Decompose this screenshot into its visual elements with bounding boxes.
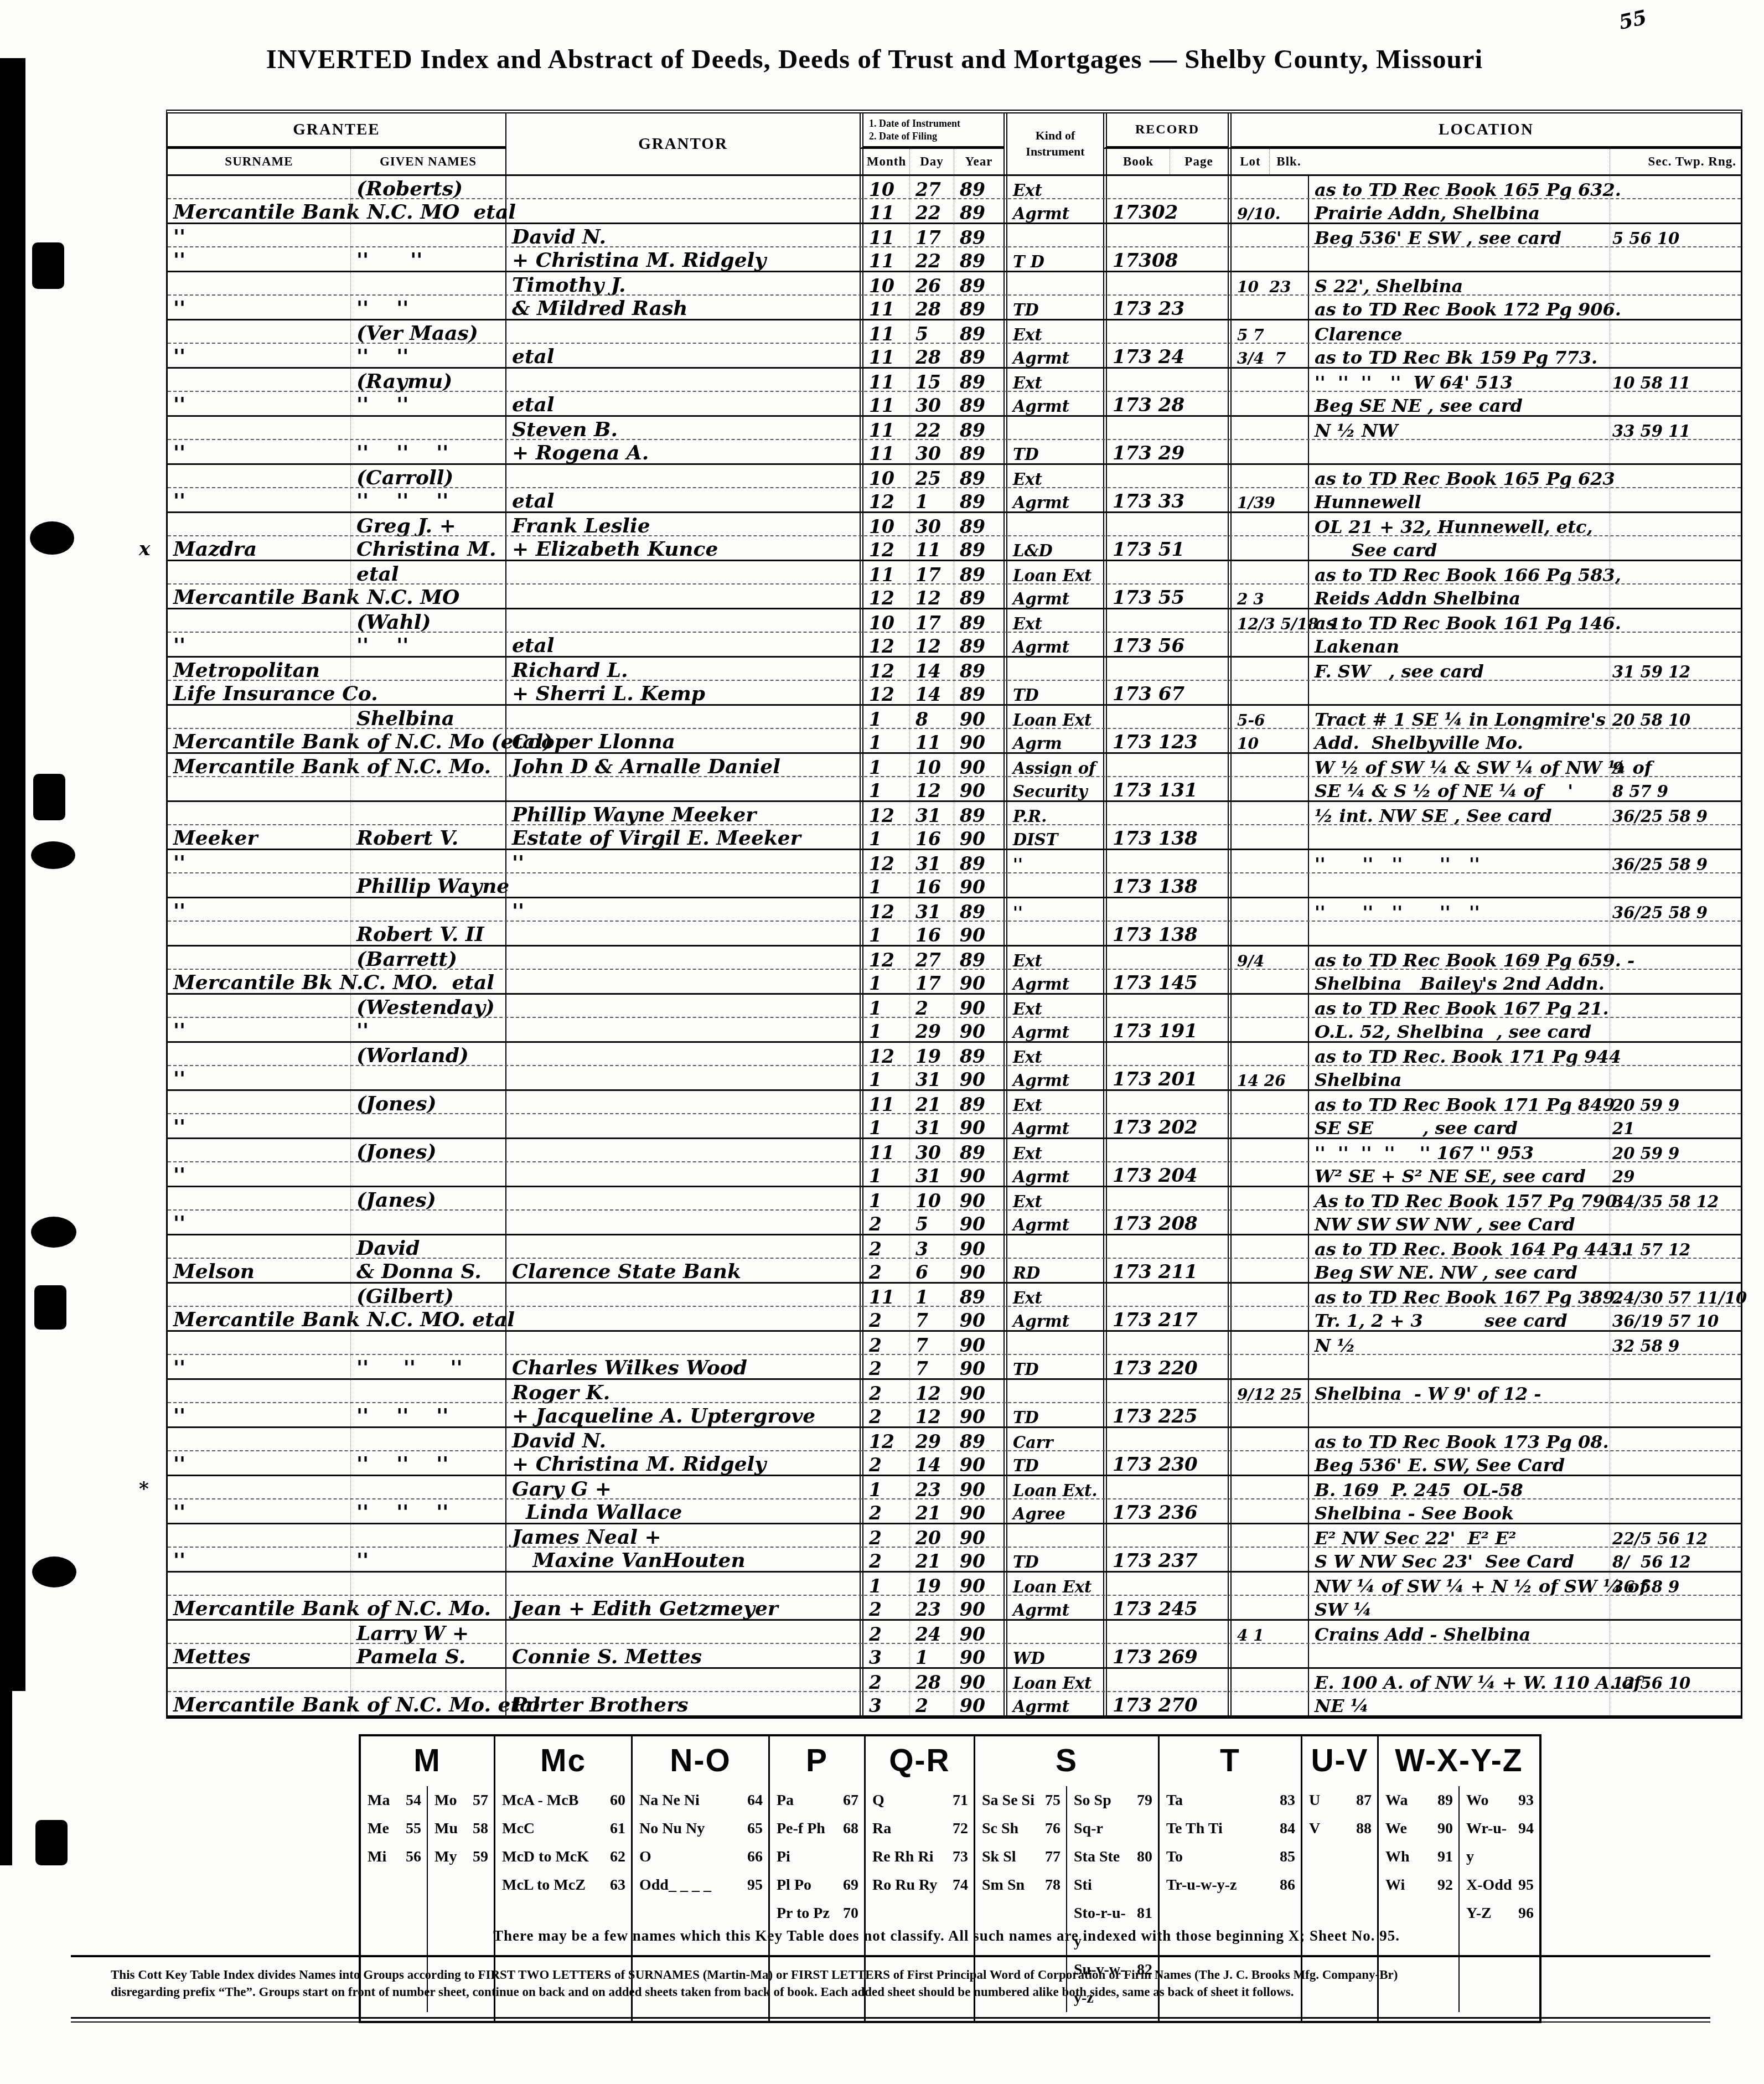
hole-punch-mark bbox=[35, 1820, 68, 1865]
entry-line: '''' ''etal113089Agrmt173 28Beg SE NE , … bbox=[168, 392, 1741, 415]
day-cell: 22 bbox=[909, 247, 954, 271]
month-cell: 11 bbox=[860, 369, 909, 392]
day-cell: 14 bbox=[909, 681, 954, 704]
key-column-header: W-X-Y-Z bbox=[1379, 1736, 1539, 1785]
location-cell: B. 169 P. 245 OL-58 bbox=[1308, 1476, 1610, 1499]
surname-cell: Mercantile Bk N.C. MO. etal bbox=[168, 970, 350, 993]
key-item-number: 87 bbox=[1356, 1786, 1372, 1814]
ledger-entry: (Roberts)102789Extas to TD Rec Book 165 … bbox=[168, 176, 1741, 224]
kind-cell: Agrmt bbox=[1003, 488, 1103, 511]
page-number: 55 bbox=[1617, 7, 1648, 33]
grantor-cell bbox=[505, 561, 860, 585]
location-cell: W ½ of SW ¼ & SW ¼ of NW ¼ of bbox=[1308, 754, 1610, 777]
kind-cell bbox=[1003, 873, 1103, 897]
year-cell: 90 bbox=[954, 1548, 1003, 1571]
lot-blk-cell bbox=[1228, 247, 1308, 271]
key-item: Te Th Ti84 bbox=[1160, 1814, 1301, 1843]
month-cell: 1 bbox=[860, 1114, 909, 1137]
lot-blk-cell bbox=[1228, 1499, 1308, 1523]
entry-line: (Carroll)102589Extas to TD Rec Book 165 … bbox=[168, 465, 1741, 488]
key-item: Sc Sh76 bbox=[975, 1814, 1066, 1843]
record-cell bbox=[1103, 1332, 1228, 1355]
key-item-number: 93 bbox=[1518, 1786, 1534, 1814]
location-cell: as to TD Rec Book 165 Pg 632. bbox=[1308, 176, 1610, 199]
location-cell: Tract # 1 SE ¼ in Longmire's bbox=[1308, 706, 1610, 729]
entry-line: '''' ''etal112889Agrmt173 243/4 7as to T… bbox=[168, 344, 1741, 367]
given-names-cell bbox=[350, 777, 505, 800]
entry-line: ''David N.111789Beg 536' E SW , see card… bbox=[168, 224, 1741, 247]
key-item: Me55 bbox=[361, 1814, 427, 1843]
grantor-cell bbox=[505, 1211, 860, 1234]
record-cell: 173 131 bbox=[1103, 777, 1228, 800]
lot-blk-cell: 14 26 bbox=[1228, 1066, 1308, 1089]
sec-twp-rng-cell: 36/25 58 9 bbox=[1610, 802, 1741, 825]
entry-line: '''' '' ''+ Christina M. Ridgely21490TD1… bbox=[168, 1451, 1741, 1475]
year-cell: 90 bbox=[954, 1476, 1003, 1499]
key-item-label: Pa bbox=[777, 1786, 794, 1814]
day-cell: 16 bbox=[909, 922, 954, 945]
record-cell bbox=[1103, 706, 1228, 729]
entry-line: ''''123189'''' '' '' '' ''36/25 58 9 bbox=[168, 898, 1741, 922]
day-cell: 17 bbox=[909, 561, 954, 585]
location-cell: Shelbina - W 9' of 12 - bbox=[1308, 1380, 1610, 1403]
given-names-cell bbox=[350, 754, 505, 777]
given-names-cell: (Worland) bbox=[350, 1043, 505, 1066]
lot-blk-cell bbox=[1228, 995, 1308, 1018]
given-names-cell: '' '' bbox=[350, 633, 505, 656]
lot-blk-cell bbox=[1228, 224, 1308, 247]
kind-header-line2: Instrument bbox=[1026, 144, 1084, 160]
record-cell: 173 138 bbox=[1103, 922, 1228, 945]
key-item-number: 61 bbox=[610, 1814, 625, 1843]
kind-cell: TD bbox=[1003, 1403, 1103, 1426]
key-item-label: Wr-u-y bbox=[1466, 1814, 1513, 1871]
month-cell: 1 bbox=[860, 825, 909, 849]
record-cell bbox=[1103, 1428, 1228, 1451]
grantor-cell bbox=[505, 1066, 860, 1089]
grantor-cell bbox=[505, 1091, 860, 1114]
sec-twp-rng-cell: 24/30 57 11/10 bbox=[1610, 1284, 1741, 1307]
lot-blk-cell bbox=[1228, 1596, 1308, 1619]
given-names-cell: (Roberts) bbox=[350, 176, 505, 199]
lot-blk-cell bbox=[1228, 1669, 1308, 1692]
key-item-number: 80 bbox=[1137, 1843, 1152, 1871]
entry-line: '''' ''etal121289Agrmt173 56Lakenan bbox=[168, 633, 1741, 656]
day-cell: 30 bbox=[909, 440, 954, 463]
surname-cell: '' bbox=[168, 1451, 350, 1475]
day-cell: 11 bbox=[909, 536, 954, 560]
entry-line: (Raymu)111589Ext'' '' '' '' W 64' 51310 … bbox=[168, 369, 1741, 392]
month-cell: 2 bbox=[860, 1621, 909, 1644]
key-item-label: Na Ne Ni bbox=[639, 1786, 700, 1814]
scan-left-edge-lower bbox=[0, 1683, 12, 1865]
entry-line: '''' '' ''Charles Wilkes Wood2790TD173 2… bbox=[168, 1355, 1741, 1378]
year-cell: 89 bbox=[954, 440, 1003, 463]
given-names-cell: Phillip Wayne bbox=[350, 873, 505, 897]
entry-line: Melson& Donna S.Clarence State Bank2690R… bbox=[168, 1259, 1741, 1282]
key-item-number: 92 bbox=[1437, 1871, 1453, 1899]
lot-blk-cell: 9/4 bbox=[1228, 947, 1308, 970]
sec-twp-rng-cell bbox=[1610, 1066, 1741, 1089]
key-item-number: 67 bbox=[843, 1786, 858, 1814]
lot-blk-cell bbox=[1228, 777, 1308, 800]
record-cell bbox=[1103, 1091, 1228, 1114]
year-cell: 89 bbox=[954, 224, 1003, 247]
sec-twp-rng-cell: 34/35 58 12 bbox=[1610, 1187, 1741, 1211]
month-cell: 1 bbox=[860, 729, 909, 752]
given-names-cell bbox=[350, 1524, 505, 1548]
sec-twp-rng-cell bbox=[1610, 1451, 1741, 1475]
given-names-cell: (Barrett) bbox=[350, 947, 505, 970]
key-item: Y-Z96 bbox=[1460, 1899, 1539, 1927]
grantor-cell: Roger K. bbox=[505, 1380, 860, 1403]
key-item-label: Odd_ _ _ _ bbox=[639, 1871, 711, 1899]
year-cell: 89 bbox=[954, 392, 1003, 415]
location-cell: Shelbina - See Book bbox=[1308, 1499, 1610, 1523]
day-cell: 22 bbox=[909, 417, 954, 440]
lot-blk-cell bbox=[1228, 825, 1308, 849]
record-cell: 173 270 bbox=[1103, 1692, 1228, 1715]
key-item: X-Odd95 bbox=[1460, 1871, 1539, 1899]
lot-blk-cell: 3/4 7 bbox=[1228, 344, 1308, 367]
day-cell: 25 bbox=[909, 465, 954, 488]
date-header-line2: 2. Date of Filing bbox=[869, 130, 937, 143]
ledger-entry: Roger K.212909/12 25Shelbina - W 9' of 1… bbox=[168, 1380, 1741, 1428]
ledger-entry: ''David N.111789Beg 536' E SW , see card… bbox=[168, 224, 1741, 272]
kind-cell bbox=[1003, 513, 1103, 536]
key-column-header: P bbox=[770, 1736, 864, 1785]
year-cell: 89 bbox=[954, 898, 1003, 922]
day-cell: 1 bbox=[909, 1284, 954, 1307]
given-names-cell: '' '' bbox=[350, 344, 505, 367]
record-cell: 173 138 bbox=[1103, 825, 1228, 849]
key-item-number: 95 bbox=[1518, 1871, 1534, 1899]
entry-line: (Jones)112189Extas to TD Rec Book 171 Pg… bbox=[168, 1091, 1741, 1114]
grantor-cell: etal bbox=[505, 633, 860, 656]
key-column-header: N-O bbox=[633, 1736, 768, 1785]
record-cell: 173 204 bbox=[1103, 1162, 1228, 1186]
given-names-cell: Shelbina bbox=[350, 706, 505, 729]
sec-twp-rng-cell bbox=[1610, 320, 1741, 344]
sec-twp-rng-cell bbox=[1610, 176, 1741, 199]
entry-line: Greg J. +Frank Leslie103089OL 21 + 32, H… bbox=[168, 513, 1741, 536]
record-header: RECORD bbox=[1103, 113, 1228, 149]
surname-cell: Mercantile Bank of N.C. Mo (etal) bbox=[168, 729, 350, 752]
kind-cell: Agrmt bbox=[1003, 1114, 1103, 1137]
given-names-cell: (Gilbert) bbox=[350, 1284, 505, 1307]
month-cell: 11 bbox=[860, 1139, 909, 1162]
lot-blk-cell bbox=[1228, 658, 1308, 681]
year-cell: 89 bbox=[954, 561, 1003, 585]
key-item-number: 59 bbox=[473, 1843, 488, 1871]
record-cell bbox=[1103, 1573, 1228, 1596]
year-cell: 90 bbox=[954, 1307, 1003, 1330]
day-cell: 27 bbox=[909, 947, 954, 970]
record-cell bbox=[1103, 1043, 1228, 1066]
surname-cell bbox=[168, 995, 350, 1018]
year-cell: 89 bbox=[954, 802, 1003, 825]
grantor-cell bbox=[505, 1573, 860, 1596]
key-item-number: 65 bbox=[747, 1814, 763, 1843]
key-item-number: 90 bbox=[1437, 1814, 1453, 1843]
record-cell bbox=[1103, 176, 1228, 199]
year-cell: 90 bbox=[954, 825, 1003, 849]
year-cell: 89 bbox=[954, 609, 1003, 633]
lot-blk-cell: 12/3 5/18 11 bbox=[1228, 609, 1308, 633]
key-item-label: McA - McB bbox=[502, 1786, 578, 1814]
month-cell: 1 bbox=[860, 777, 909, 800]
given-names-cell: (Janes) bbox=[350, 1187, 505, 1211]
day-cell: 17 bbox=[909, 970, 954, 993]
location-cell bbox=[1308, 1403, 1610, 1426]
location-cell bbox=[1308, 681, 1610, 704]
kind-cell: RD bbox=[1003, 1259, 1103, 1282]
record-cell: 173 67 bbox=[1103, 681, 1228, 704]
year-cell: 90 bbox=[954, 1669, 1003, 1692]
surname-cell: Mettes bbox=[168, 1644, 350, 1667]
location-cell: N ½ bbox=[1308, 1332, 1610, 1355]
year-cell: 90 bbox=[954, 1332, 1003, 1355]
year-cell: 90 bbox=[954, 1644, 1003, 1667]
month-cell: 2 bbox=[860, 1669, 909, 1692]
key-column-header: M bbox=[361, 1736, 494, 1785]
given-names-cell: '' bbox=[350, 1548, 505, 1571]
month-cell: 12 bbox=[860, 585, 909, 608]
key-column-header: T bbox=[1160, 1736, 1301, 1785]
year-cell: 90 bbox=[954, 1524, 1003, 1548]
grantor-cell: Connie S. Mettes bbox=[505, 1644, 860, 1667]
entry-line: Mercantile Bk N.C. MO. etal11790Agrmt173… bbox=[168, 970, 1741, 993]
given-names-cell bbox=[350, 1692, 505, 1715]
key-item: Sm Sn78 bbox=[975, 1871, 1066, 1899]
kind-cell: Loan Ext bbox=[1003, 1669, 1103, 1692]
ledger-entry: (Westenday)1290Extas to TD Rec Book 167 … bbox=[168, 995, 1741, 1043]
surname-cell bbox=[168, 417, 350, 440]
key-item: Mi56 bbox=[361, 1843, 427, 1871]
day-cell: 14 bbox=[909, 658, 954, 681]
surname-cell bbox=[168, 465, 350, 488]
record-cell: 173 237 bbox=[1103, 1548, 1228, 1571]
record-cell bbox=[1103, 320, 1228, 344]
record-cell bbox=[1103, 224, 1228, 247]
month-cell: 11 bbox=[860, 1284, 909, 1307]
entry-line: MetropolitanRichard L.121489F. SW , see … bbox=[168, 658, 1741, 681]
year-cell: 89 bbox=[954, 658, 1003, 681]
given-names-cell: '' '' '' bbox=[350, 1451, 505, 1475]
grantor-cell bbox=[505, 176, 860, 199]
key-item-label: Re Rh Ri bbox=[872, 1843, 933, 1871]
entry-line: '''' '' ''+ Jacqueline A. Uptergrove2129… bbox=[168, 1403, 1741, 1426]
kind-cell: TD bbox=[1003, 1548, 1103, 1571]
key-item: Mu58 bbox=[428, 1814, 494, 1843]
ledger-entry: (Worland)121989Extas to TD Rec. Book 171… bbox=[168, 1043, 1741, 1091]
ledger-entry: Timothy J.10268910 23S 22', Shelbina''''… bbox=[168, 272, 1741, 320]
sec-twp-rng-cell: 12 56 10 bbox=[1610, 1669, 1741, 1692]
lot-blk-cell bbox=[1228, 922, 1308, 945]
record-cell: 173 202 bbox=[1103, 1114, 1228, 1137]
month-cell: 2 bbox=[860, 1307, 909, 1330]
sec-twp-rng-cell bbox=[1610, 1499, 1741, 1523]
location-cell: Tr. 1, 2 + 3 see card bbox=[1308, 1307, 1610, 1330]
sec-twp-rng-cell: 20 59 9 bbox=[1610, 1091, 1741, 1114]
entry-line: '''' ''& Mildred Rash112889TD173 23as to… bbox=[168, 296, 1741, 319]
month-cell: 12 bbox=[860, 633, 909, 656]
year-cell: 89 bbox=[954, 344, 1003, 367]
record-cell: 173 28 bbox=[1103, 392, 1228, 415]
year-cell: 89 bbox=[954, 1284, 1003, 1307]
month-cell: 12 bbox=[860, 898, 909, 922]
location-cell: as to TD Rec Book 167 Pg 389. bbox=[1308, 1284, 1610, 1307]
divider-rule bbox=[71, 1955, 1710, 1957]
key-item-label: My bbox=[434, 1843, 457, 1871]
record-cell bbox=[1103, 513, 1228, 536]
lot-blk-cell bbox=[1228, 1259, 1308, 1282]
year-cell: 89 bbox=[954, 850, 1003, 873]
month-cell: 2 bbox=[860, 1211, 909, 1234]
sec-twp-rng-cell bbox=[1610, 272, 1741, 296]
kind-cell: Ext bbox=[1003, 995, 1103, 1018]
year-cell: 89 bbox=[954, 1091, 1003, 1114]
day-cell: 17 bbox=[909, 609, 954, 633]
kind-cell: Ext bbox=[1003, 465, 1103, 488]
month-cell: 12 bbox=[860, 947, 909, 970]
day-cell: 28 bbox=[909, 296, 954, 319]
month-cell: 10 bbox=[860, 176, 909, 199]
kind-cell: Agrmt bbox=[1003, 1066, 1103, 1089]
given-names-cell bbox=[350, 1596, 505, 1619]
location-cell: See card bbox=[1308, 536, 1610, 560]
lot-blk-cell bbox=[1228, 392, 1308, 415]
sec-twp-rng-cell bbox=[1610, 825, 1741, 849]
day-cell: 19 bbox=[909, 1043, 954, 1066]
location-cell bbox=[1308, 873, 1610, 897]
surname-cell bbox=[168, 1235, 350, 1259]
lot-blk-cell bbox=[1228, 176, 1308, 199]
location-cell: Clarence bbox=[1308, 320, 1610, 344]
given-names-cell bbox=[350, 802, 505, 825]
kind-cell bbox=[1003, 658, 1103, 681]
hole-punch-mark bbox=[30, 521, 74, 555]
surname-cell: '' bbox=[168, 1355, 350, 1378]
month-cell: 11 bbox=[860, 392, 909, 415]
fine-print-line2: disregarding prefix “The”. Groups start … bbox=[111, 1983, 1716, 2000]
grantor-cell: Porter Brothers bbox=[505, 1692, 860, 1715]
page-header: Page bbox=[1170, 149, 1228, 174]
record-cell: 173 245 bbox=[1103, 1596, 1228, 1619]
entry-line: Mercantile Bank of N.C. Mo. etalPorter B… bbox=[168, 1692, 1741, 1715]
sec-twp-rng-cell bbox=[1610, 609, 1741, 633]
month-cell: 12 bbox=[860, 1428, 909, 1451]
entry-line: '''' '' '' Linda Wallace22190Agree173 23… bbox=[168, 1499, 1741, 1523]
ledger-entry: David2390as to TD Rec. Book 164 Pg 443.1… bbox=[168, 1235, 1741, 1284]
kind-cell: L&D bbox=[1003, 536, 1103, 560]
record-cell bbox=[1103, 561, 1228, 585]
key-item: My59 bbox=[428, 1843, 494, 1871]
month-cell: 3 bbox=[860, 1644, 909, 1667]
key-item-label: Te Th Ti bbox=[1166, 1814, 1223, 1843]
key-table-note: There may be a few names which this Key … bbox=[238, 1927, 1655, 1945]
surname-cell: '' bbox=[168, 1162, 350, 1186]
entry-line: ''''12990Agrmt173 191O.L. 52, Shelbina ,… bbox=[168, 1018, 1741, 1041]
record-cell bbox=[1103, 1235, 1228, 1259]
year-cell: 90 bbox=[954, 1355, 1003, 1378]
month-cell: 10 bbox=[860, 465, 909, 488]
key-item-label: Sk Sl bbox=[982, 1843, 1016, 1871]
day-cell: 24 bbox=[909, 1621, 954, 1644]
location-cell: Beg SE NE , see card bbox=[1308, 392, 1610, 415]
kind-cell: Agrmt bbox=[1003, 970, 1103, 993]
record-cell bbox=[1103, 1621, 1228, 1644]
kind-cell: Ext bbox=[1003, 947, 1103, 970]
month-cell: 11 bbox=[860, 199, 909, 223]
location-cell bbox=[1308, 922, 1610, 945]
fine-print: This Cott Key Table Index divides Names … bbox=[111, 1966, 1716, 2000]
key-item-label: Mu bbox=[434, 1814, 458, 1843]
kind-cell: Ext bbox=[1003, 1091, 1103, 1114]
grantor-cell: Linda Wallace bbox=[505, 1499, 860, 1523]
entry-line: James Neal +22090E² NW Sec 22' E² E²22/5… bbox=[168, 1524, 1741, 1548]
sec-twp-rng-cell bbox=[1610, 970, 1741, 993]
key-item: Mo57 bbox=[428, 1786, 494, 1814]
day-cell: 20 bbox=[909, 1524, 954, 1548]
lot-blk-cell bbox=[1228, 633, 1308, 656]
year-cell: 90 bbox=[954, 1596, 1003, 1619]
sec-twp-rng-cell bbox=[1610, 1621, 1741, 1644]
day-cell: 12 bbox=[909, 633, 954, 656]
sec-twp-rng-cell bbox=[1610, 1380, 1741, 1403]
record-cell: 173 56 bbox=[1103, 633, 1228, 656]
given-names-cell bbox=[350, 1428, 505, 1451]
fine-print-line1: This Cott Key Table Index divides Names … bbox=[111, 1966, 1716, 1983]
grantor-cell bbox=[505, 465, 860, 488]
key-item-label: Wo bbox=[1466, 1786, 1488, 1814]
key-item-label: McD to McK bbox=[502, 1843, 589, 1871]
lot-blk-cell bbox=[1228, 1548, 1308, 1571]
ledger-entry: 2790N ½32 58 9'''' '' ''Charles Wilkes W… bbox=[168, 1332, 1741, 1380]
lot-blk-cell: 9/10. bbox=[1228, 199, 1308, 223]
key-item-number: 78 bbox=[1045, 1871, 1061, 1899]
sec-twp-rng-cell: 36/19 57 10 bbox=[1610, 1307, 1741, 1330]
entry-line: 11990Loan ExtNW ¼ of SW ¼ + N ½ of SW ¼ … bbox=[168, 1573, 1741, 1596]
entry-line: Phillip Wayne Meeker123189P.R.½ int. NW … bbox=[168, 802, 1741, 825]
lot-blk-cell bbox=[1228, 1524, 1308, 1548]
surname-cell bbox=[168, 1139, 350, 1162]
entry-line: etal111789Loan Extas to TD Rec Book 166 … bbox=[168, 561, 1741, 585]
key-item: McD to McK62 bbox=[495, 1843, 631, 1871]
year-cell: 89 bbox=[954, 1428, 1003, 1451]
key-item-number: 77 bbox=[1045, 1843, 1061, 1871]
sec-twp-rng-cell bbox=[1610, 536, 1741, 560]
surname-cell: Melson bbox=[168, 1259, 350, 1282]
month-cell: 1 bbox=[860, 970, 909, 993]
entry-line: ''2590Agrmt173 208NW SW SW NW , see Card bbox=[168, 1211, 1741, 1234]
ledger-entry: ''''123189'''' '' '' '' ''36/25 58 9Robe… bbox=[168, 898, 1741, 947]
sec-twp-rng-cell: 20 58 10 bbox=[1610, 706, 1741, 729]
key-column-header: Q-R bbox=[866, 1736, 974, 1785]
sec-twp-rng-cell bbox=[1610, 513, 1741, 536]
lot-blk-cell bbox=[1228, 850, 1308, 873]
record-cell bbox=[1103, 898, 1228, 922]
key-item-number: 85 bbox=[1280, 1843, 1295, 1871]
hole-punch-mark bbox=[34, 1285, 66, 1330]
kind-cell: Agrmt bbox=[1003, 344, 1103, 367]
month-cell: 2 bbox=[860, 1499, 909, 1523]
surname-cell: Mercantile Bank N.C. MO etal bbox=[168, 199, 350, 223]
sec-twp-rng-cell bbox=[1610, 1355, 1741, 1378]
location-cell: as to TD Rec Bk 159 Pg 773. bbox=[1308, 344, 1610, 367]
month-cell: 1 bbox=[860, 1187, 909, 1211]
grantor-cell: Richard L. bbox=[505, 658, 860, 681]
